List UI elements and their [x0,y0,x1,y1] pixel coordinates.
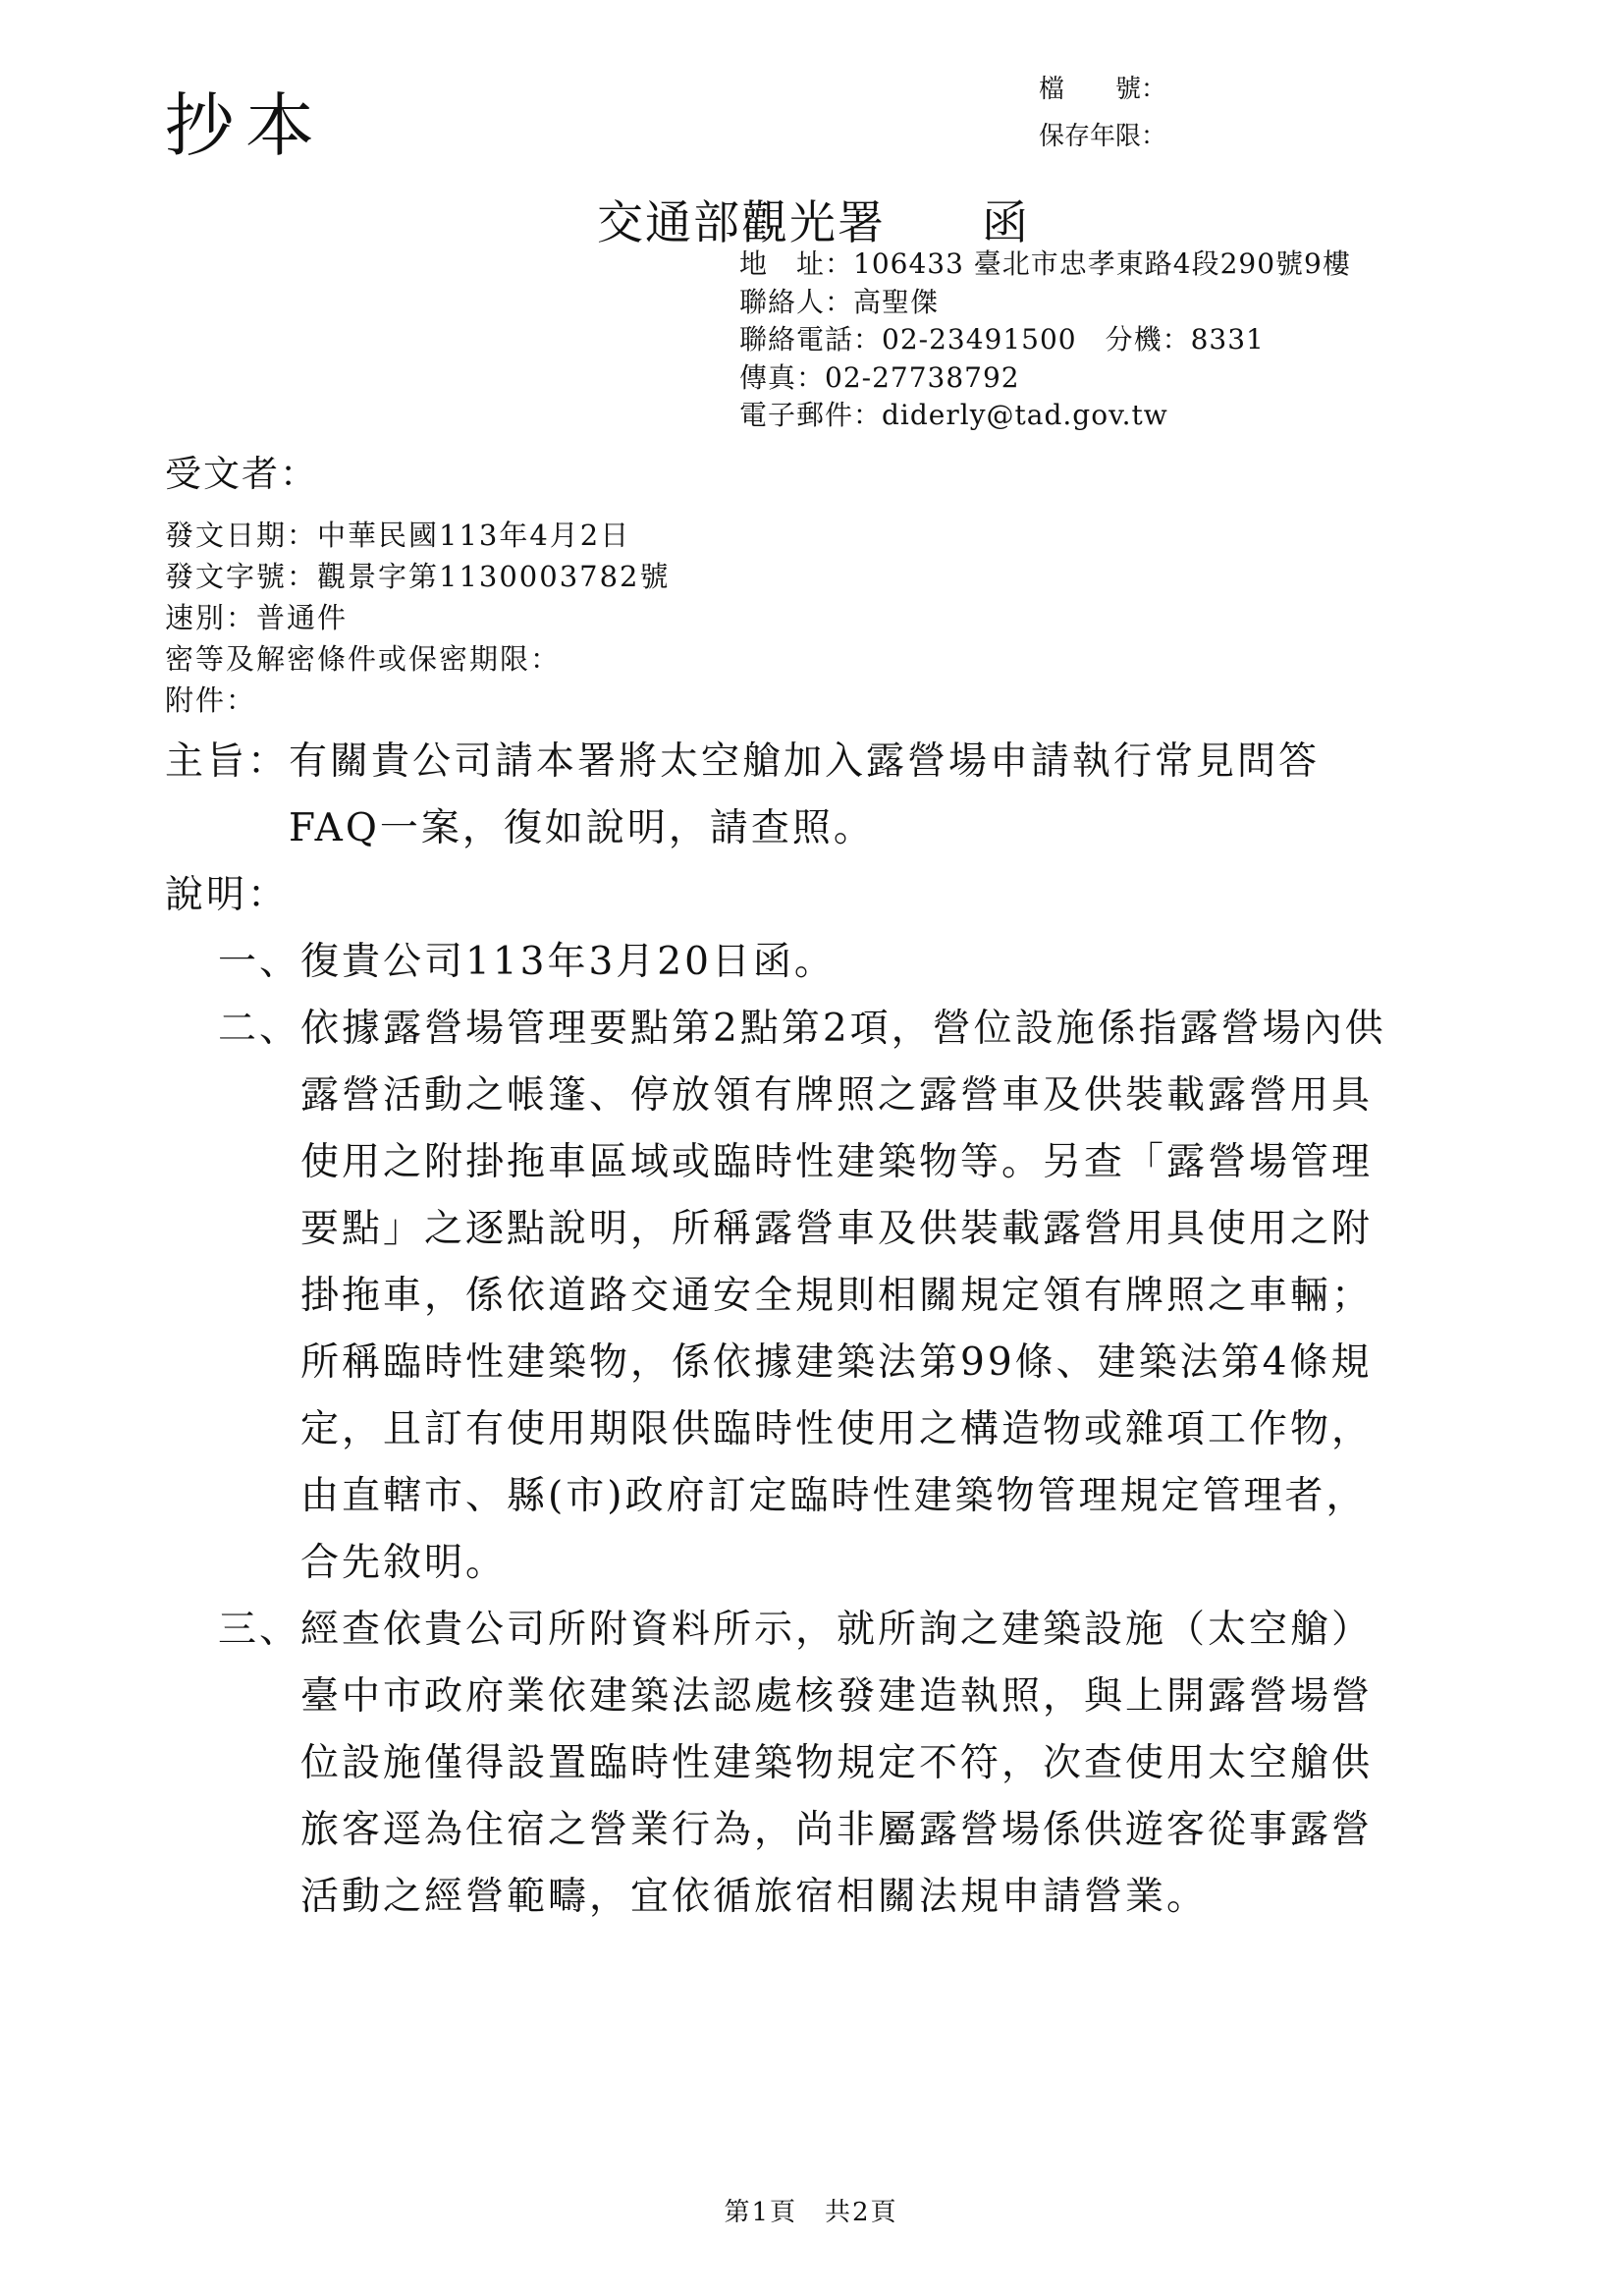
item-number: 一、 [218,929,300,996]
text-line: 合先敘明。 [300,1530,1386,1597]
sender-contact-block: 地 址：106433 臺北市忠孝東路4段290號9樓聯絡人：高聖傑聯絡電話：02… [739,246,1351,435]
text-line: 有關貴公司請本署將太空艙加入露營場申請執行常見問答 [289,729,1320,795]
text-line: 旅客逕為住宿之營業行為，尚非屬露營場係供遊客從事露營 [300,1797,1386,1864]
text-line: 臺中市政府業依建築法認處核發建造執照，與上開露營場營 [300,1664,1386,1730]
text-line: 定，且訂有使用期限供臨時性使用之構造物或雜項工作物， [300,1396,1386,1463]
explanation-item: 一、復貴公司113年3月20日函。 [218,929,1386,996]
text-line: 要點」之逐點說明，所稱露營車及供裝載露營用具使用之附 [300,1196,1386,1263]
text-line: 掛拖車，係依道路交通安全規則相關規定領有牌照之車輛； [300,1263,1386,1330]
item-number: 三、 [218,1597,300,1664]
text-line: 電子郵件：diderly@tad.gov.tw [739,397,1351,435]
text-line: 所稱臨時性建築物，係依據建築法第99條、建築法第4條規 [300,1330,1386,1396]
explanation-item: 二、依據露營場管理要點第2點第2項，營位設施係指露營場內供露營活動之帳篷、停放領… [218,996,1386,1597]
text-line: FAQ一案，復如說明，請查照。 [289,795,1320,862]
document-title: 交通部觀光署 函 [597,187,1030,252]
explanation-label: 說明： [165,862,289,929]
subject-text: 有關貴公司請本署將太空艙加入露營場申請執行常見問答FAQ一案，復如說明，請查照。 [289,729,1320,862]
text-line: 密等及解密條件或保密期限： [165,638,671,680]
item-text: 復貴公司113年3月20日函。 [300,929,1386,996]
text-line: 聯絡人：高聖傑 [739,284,1351,322]
text-line: 速別：普通件 [165,597,671,638]
text-line: 發文日期：中華民國113年4月2日 [165,515,671,556]
text-line: 附件： [165,680,671,721]
text-line: 露營活動之帳篷、停放領有牌照之露營車及供裝載露營用具 [300,1063,1386,1129]
official-letter-page: 抄本 檔 號： 保存年限： 交通部觀光署 函 地 址：106433 臺北市忠孝東… [0,0,1622,2296]
explanation-items: 一、復貴公司113年3月20日函。二、依據露營場管理要點第2點第2項，營位設施係… [218,929,1386,1931]
text-line: 傳真：02-27738792 [739,359,1351,398]
item-number: 二、 [218,996,300,1063]
file-number-label: 檔 號： [1039,69,1166,105]
page-number-footer: 第1頁 共2頁 [0,2192,1622,2228]
text-line: 使用之附掛拖車區域或臨時性建築物等。另查「露營場管理 [300,1129,1386,1196]
text-line: 活動之經營範疇，宜依循旅宿相關法規申請營業。 [300,1864,1386,1931]
text-line: 復貴公司113年3月20日函。 [300,929,1386,996]
subject-row: 主旨： 有關貴公司請本署將太空艙加入露營場申請執行常見問答FAQ一案，復如說明，… [165,729,1320,862]
dispatch-meta-block: 發文日期：中華民國113年4月2日發文字號：觀景字第1130003782號速別：… [165,515,671,721]
copy-label: 抄本 [165,71,326,170]
text-line: 依據露營場管理要點第2點第2項，營位設施係指露營場內供 [300,996,1386,1063]
subject-label: 主旨： [165,729,289,795]
text-line: 位設施僅得設置臨時性建築物規定不符，次查使用太空艙供 [300,1730,1386,1797]
retention-period-label: 保存年限： [1039,116,1166,152]
text-line: 由直轄市、縣(市)政府訂定臨時性建築物管理規定管理者， [300,1463,1386,1530]
text-line: 聯絡電話：02-23491500 分機：8331 [739,321,1351,359]
item-text: 經查依貴公司所附資料所示，就所詢之建築設施（太空艙）臺中市政府業依建築法認處核發… [300,1597,1386,1931]
recipient-label: 受文者： [165,444,318,497]
item-text: 依據露營場管理要點第2點第2項，營位設施係指露營場內供露營活動之帳篷、停放領有牌… [300,996,1386,1597]
text-line: 經查依貴公司所附資料所示，就所詢之建築設施（太空艙） [300,1597,1386,1664]
text-line: 發文字號：觀景字第1130003782號 [165,556,671,597]
explanation-item: 三、經查依貴公司所附資料所示，就所詢之建築設施（太空艙）臺中市政府業依建築法認處… [218,1597,1386,1931]
text-line: 地 址：106433 臺北市忠孝東路4段290號9樓 [739,246,1351,284]
